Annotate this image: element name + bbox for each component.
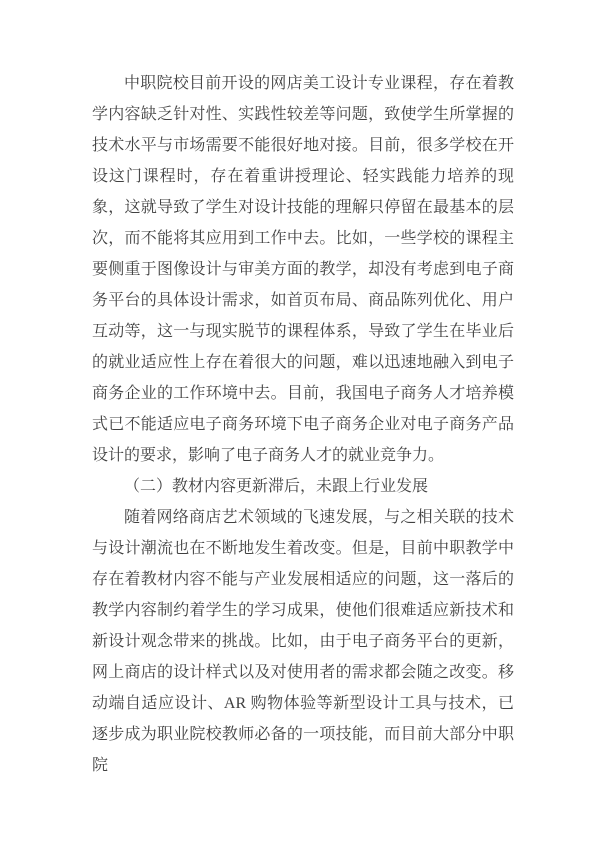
paragraph: 随着网络商店艺术领域的飞速发展，与之相关联的技术与设计潮流也在不断地发生着改变。… [92,502,514,781]
document-body: 中职院校目前开设的网店美工设计专业课程，存在着教学内容缺乏针对性、实践性较差等问… [0,0,600,781]
document-page: 中职院校目前开设的网店美工设计专业课程，存在着教学内容缺乏针对性、实践性较差等问… [0,0,600,848]
paragraph: 中职院校目前开设的网店美工设计专业课程，存在着教学内容缺乏针对性、实践性较差等问… [92,68,514,471]
section-heading: （二）教材内容更新滞后，未跟上行业发展 [92,471,514,502]
